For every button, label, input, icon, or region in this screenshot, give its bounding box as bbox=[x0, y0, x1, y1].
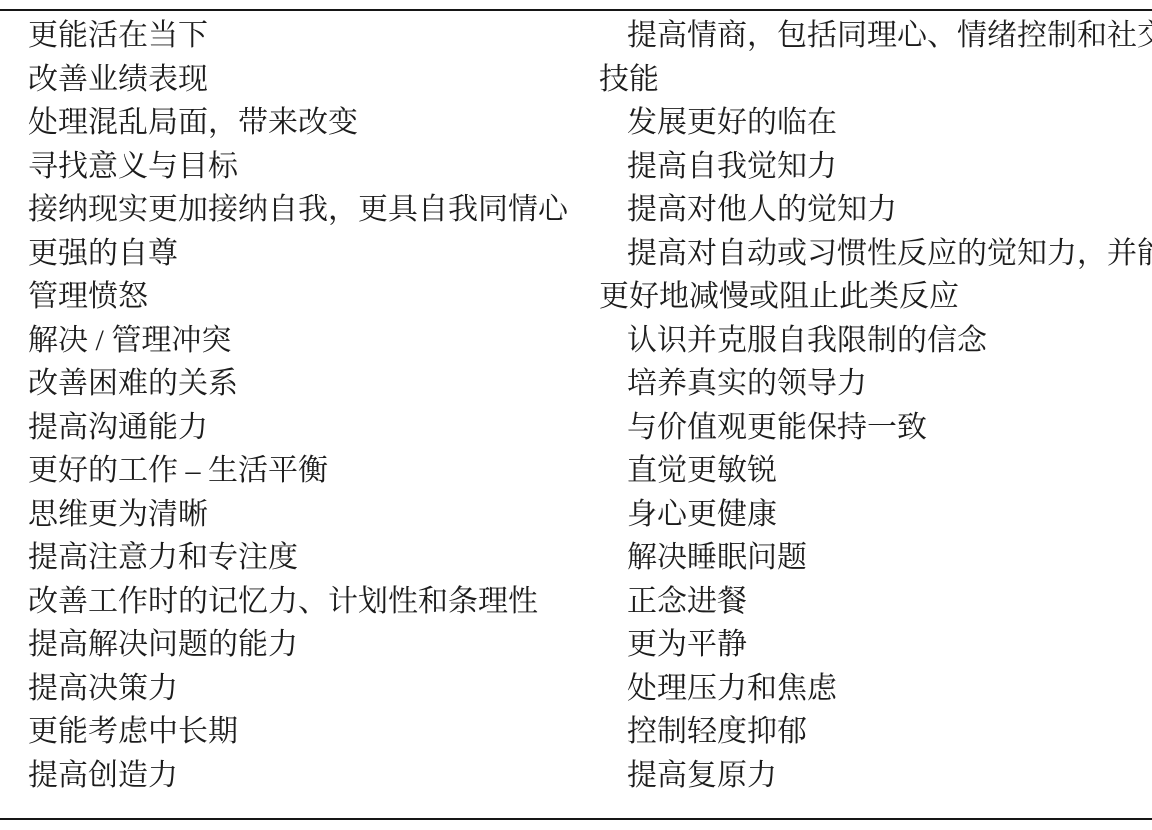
table-line: 更好的工作 – 生活平衡 bbox=[0, 449, 598, 493]
table-line: 提高对他人的觉知力 bbox=[599, 188, 1152, 232]
table-line: 思维更为清晰 bbox=[0, 493, 598, 537]
table-line: 处理压力和焦虑 bbox=[599, 667, 1152, 711]
table-top-rule bbox=[0, 9, 1152, 11]
table-line: 提高自我觉知力 bbox=[599, 145, 1152, 189]
table-line: 改善业绩表现 bbox=[0, 58, 598, 102]
table-line: 控制轻度抑郁 bbox=[599, 710, 1152, 754]
table-line: 技能 bbox=[599, 58, 1152, 102]
table-line: 更能考虑中长期 bbox=[0, 710, 598, 754]
table-line: 发展更好的临在 bbox=[599, 101, 1152, 145]
table-line: 解决 / 管理冲突 bbox=[0, 319, 598, 363]
scanned-page: 更能活在当下改善业绩表现处理混乱局面，带来改变寻找意义与目标接纳现实更加接纳自我… bbox=[0, 0, 1152, 830]
table-line: 提高情商，包括同理心、情绪控制和社交 bbox=[599, 14, 1152, 58]
table-line: 身心更健康 bbox=[599, 493, 1152, 537]
table-line: 提高复原力 bbox=[599, 754, 1152, 798]
table-line: 提高对自动或习惯性反应的觉知力，并能 bbox=[599, 232, 1152, 276]
table-line: 改善工作时的记忆力、计划性和条理性 bbox=[0, 580, 598, 624]
table-line: 提高创造力 bbox=[0, 754, 598, 798]
table-line: 改善困难的关系 bbox=[0, 362, 598, 406]
table-line: 与价值观更能保持一致 bbox=[599, 406, 1152, 450]
table-line: 接纳现实更加接纳自我，更具自我同情心 bbox=[0, 188, 598, 232]
table-line: 培养真实的领导力 bbox=[599, 362, 1152, 406]
table-line: 提高沟通能力 bbox=[0, 406, 598, 450]
table-line: 认识并克服自我限制的信念 bbox=[599, 319, 1152, 363]
table-line: 提高注意力和专注度 bbox=[0, 536, 598, 580]
table-line: 直觉更敏锐 bbox=[599, 449, 1152, 493]
benefits-column-right: 提高情商，包括同理心、情绪控制和社交技能发展更好的临在提高自我觉知力提高对他人的… bbox=[599, 14, 1152, 797]
table-line: 更为平静 bbox=[599, 623, 1152, 667]
table-line: 更能活在当下 bbox=[0, 14, 598, 58]
table-line: 寻找意义与目标 bbox=[0, 145, 598, 189]
table-line: 解决睡眠问题 bbox=[599, 536, 1152, 580]
table-line: 处理混乱局面，带来改变 bbox=[0, 101, 598, 145]
table-line: 更好地减慢或阻止此类反应 bbox=[599, 275, 1152, 319]
table-line: 管理愤怒 bbox=[0, 275, 598, 319]
benefits-column-left: 更能活在当下改善业绩表现处理混乱局面，带来改变寻找意义与目标接纳现实更加接纳自我… bbox=[0, 14, 598, 797]
table-line: 正念进餐 bbox=[599, 580, 1152, 624]
table-line: 提高决策力 bbox=[0, 667, 598, 711]
table-bottom-rule bbox=[0, 818, 1152, 820]
table-line: 更强的自尊 bbox=[0, 232, 598, 276]
table-line: 提高解决问题的能力 bbox=[0, 623, 598, 667]
